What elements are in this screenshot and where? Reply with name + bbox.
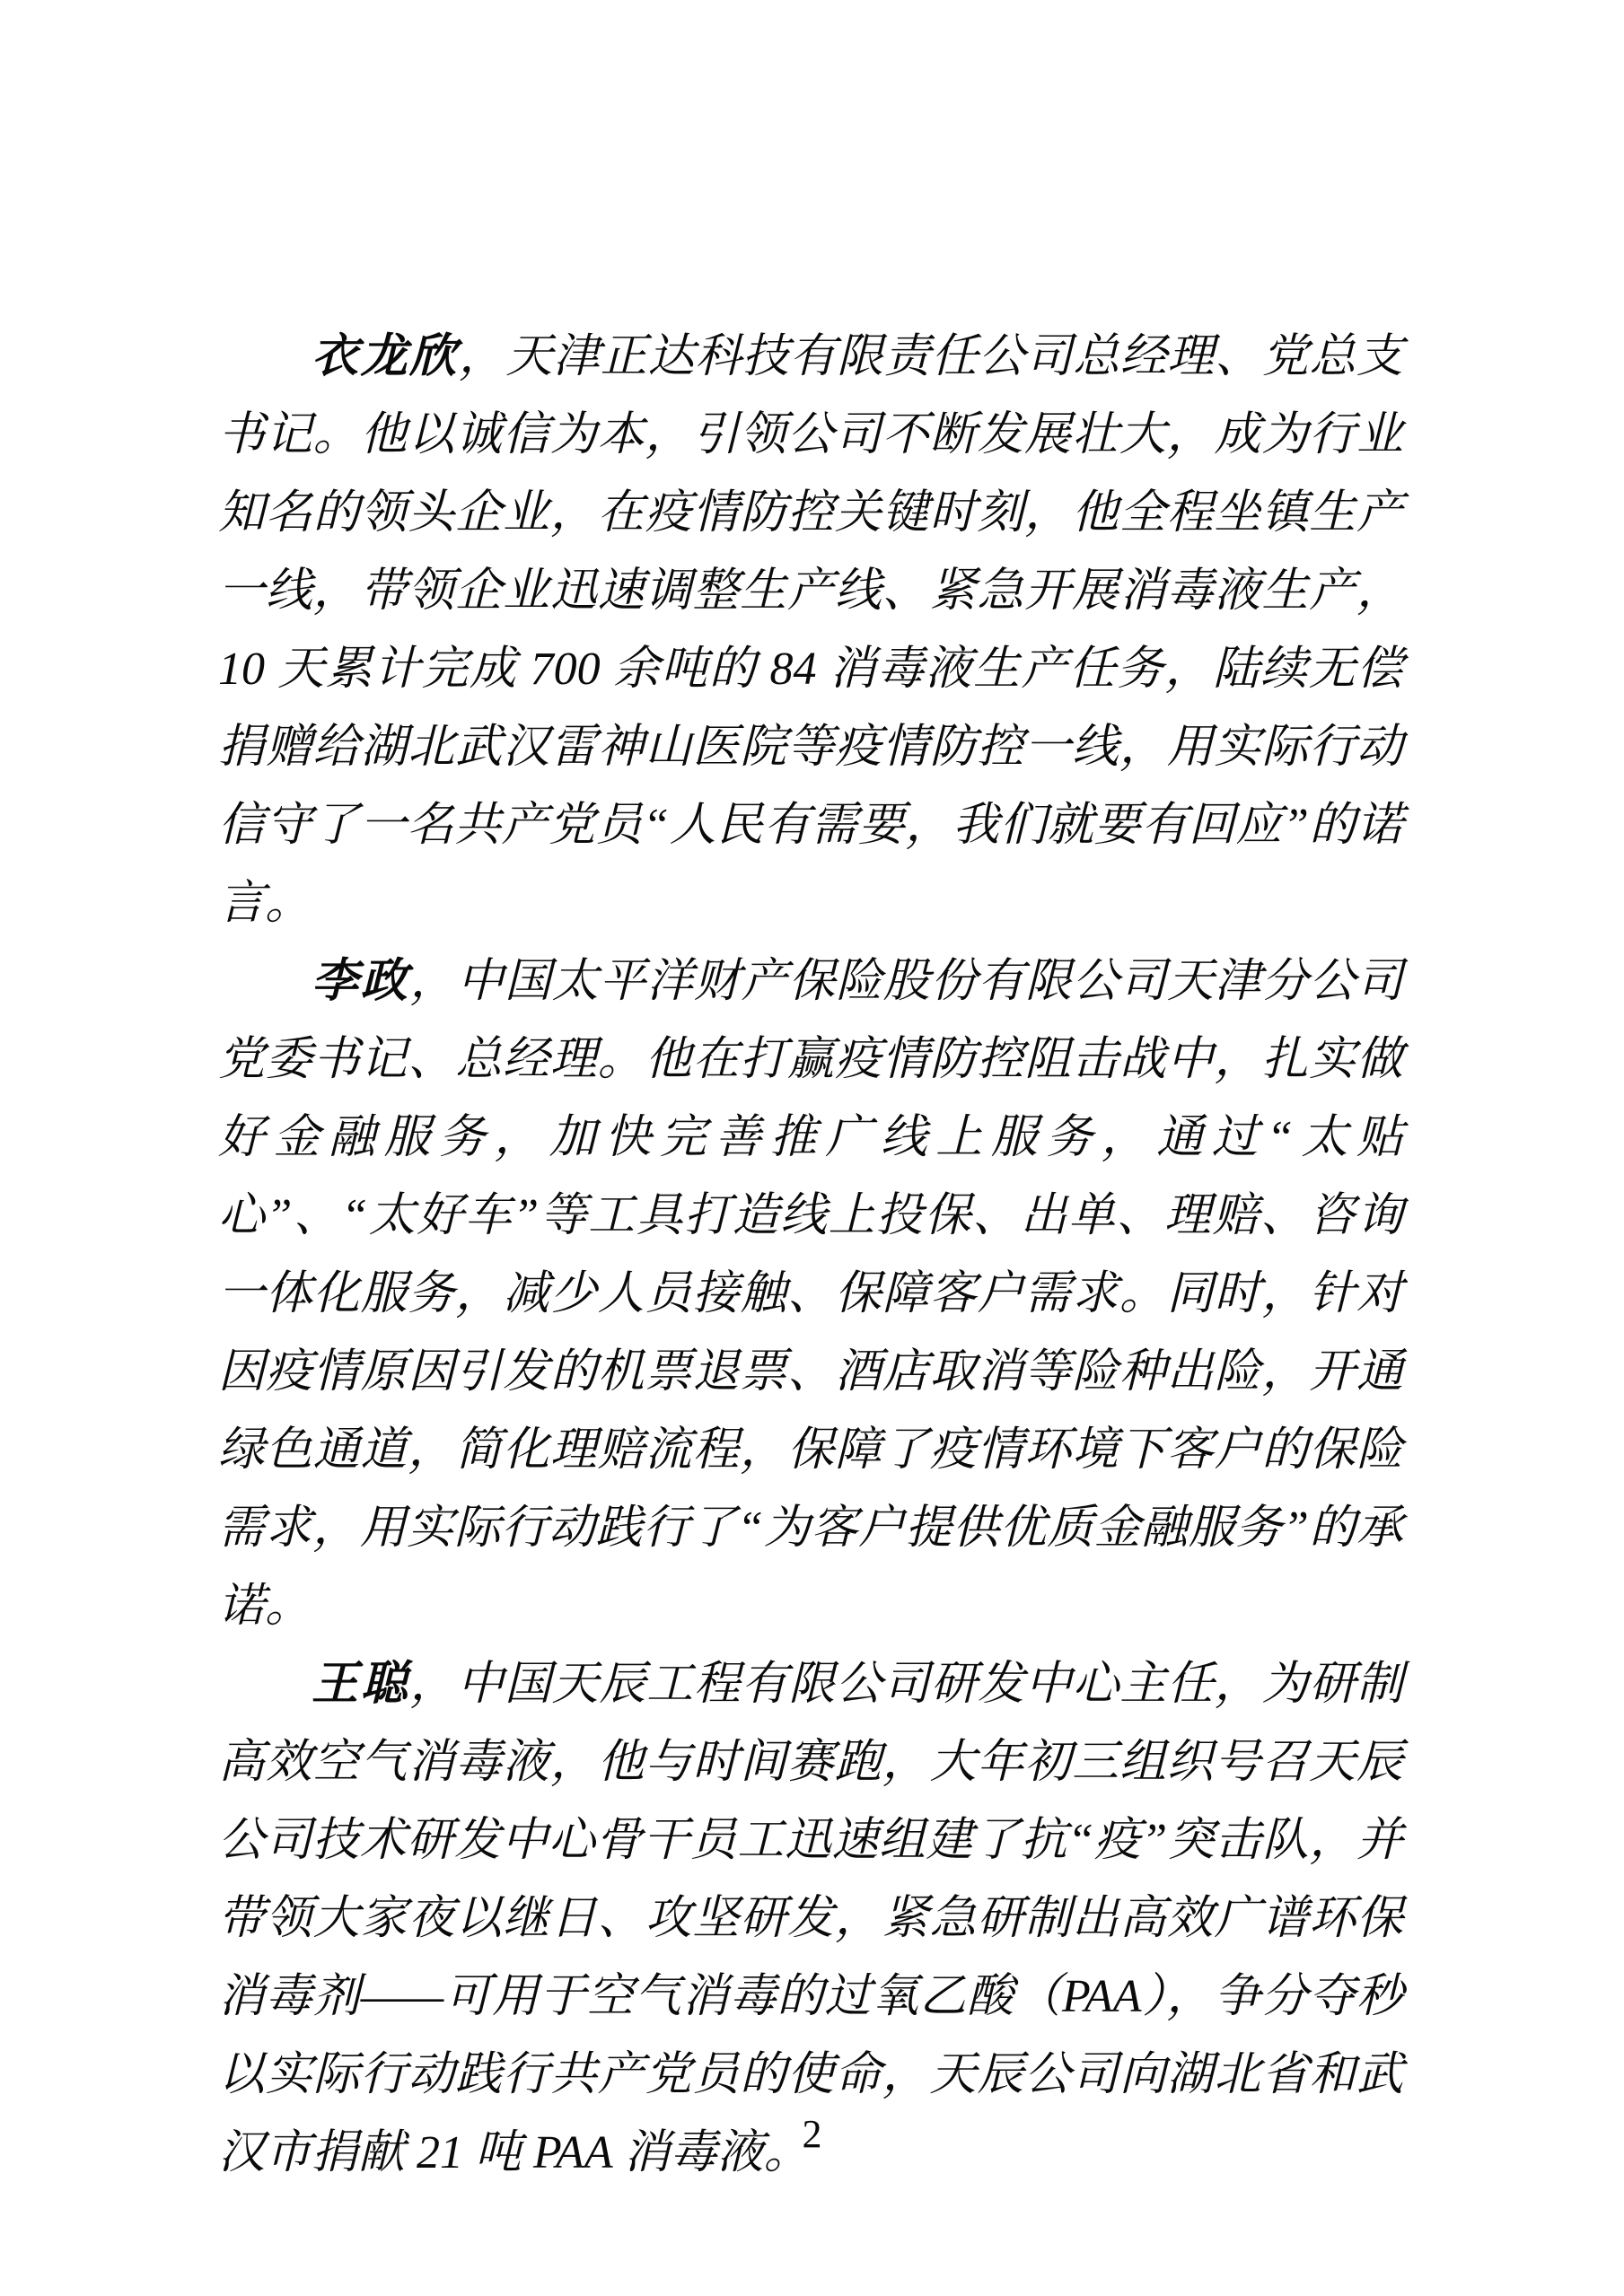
paragraph-text: ，中国太平洋财产保险股份有限公司天津分公司党委书记、总经理。他在打赢疫情防控阻击… — [218, 956, 1403, 1632]
page-number: 2 — [0, 2111, 1624, 2157]
person-name: 李政 — [312, 956, 409, 1007]
person-name: 王聪 — [312, 1659, 409, 1710]
paragraph: 王聪，中国天辰工程有限公司研发中心主任，为研制高效空气消毒液，他与时间赛跑，大年… — [218, 1645, 1403, 2192]
document-body: 衣龙欣，天津正达科技有限责任公司总经理、党总支书记。他以诚信为本，引领公司不断发… — [218, 318, 1403, 2192]
document-page: 衣龙欣，天津正达科技有限责任公司总经理、党总支书记。他以诚信为本，引领公司不断发… — [0, 0, 1624, 2296]
paragraph: 李政，中国太平洋财产保险股份有限公司天津分公司党委书记、总经理。他在打赢疫情防控… — [218, 942, 1403, 1645]
paragraph-text: ，中国天辰工程有限公司研发中心主任，为研制高效空气消毒液，他与时间赛跑，大年初三… — [218, 1659, 1403, 2178]
paragraph: 衣龙欣，天津正达科技有限责任公司总经理、党总支书记。他以诚信为本，引领公司不断发… — [218, 318, 1403, 942]
person-name: 衣龙欣 — [312, 331, 459, 382]
paragraph-text: ，天津正达科技有限责任公司总经理、党总支书记。他以诚信为本，引领公司不断发展壮大… — [218, 331, 1403, 929]
